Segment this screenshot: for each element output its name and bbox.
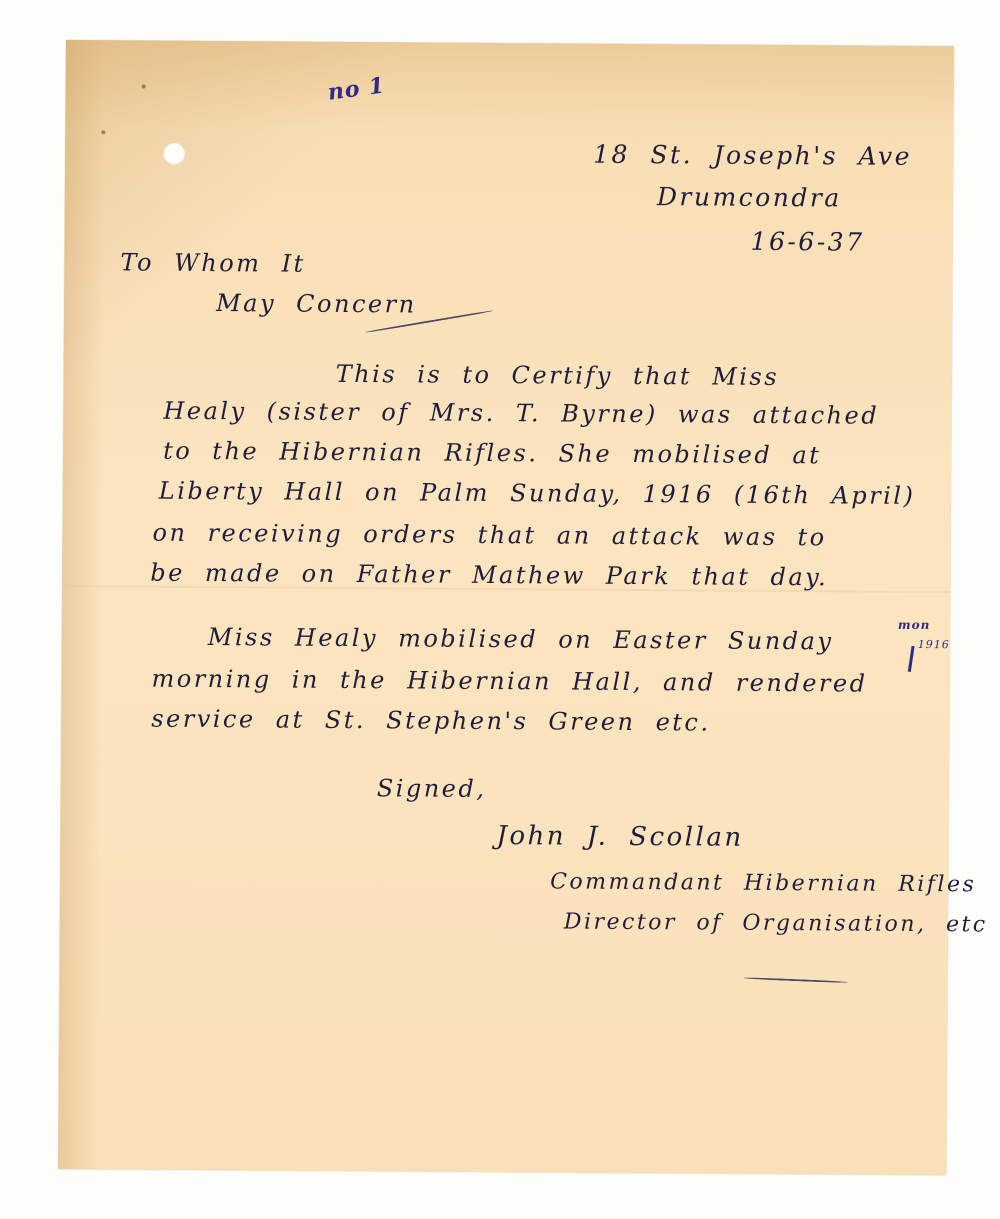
body-line: service at St. Stephen's Green etc. (151, 705, 710, 737)
signatory-title-1: Commandant Hibernian Rifles (550, 869, 976, 897)
signed-label: Signed, (377, 774, 487, 803)
letter-paper: no 1 18 St. Joseph's Ave Drumcondra 16-6… (58, 40, 954, 1175)
body-line: to the Hibernian Rifles. She mobilised a… (163, 437, 821, 470)
letter-date: 16-6-37 (751, 227, 865, 257)
punch-hole (163, 143, 185, 165)
closing-flourish (743, 977, 847, 983)
paper-stain-spot (101, 130, 105, 134)
body-line: morning in the Hibernian Hall, and rende… (151, 665, 867, 698)
body-line: on receiving orders that an attack was t… (152, 519, 826, 552)
salutation-line-2: May Concern (216, 289, 417, 318)
body-line: This is to Certify that Miss (336, 360, 780, 391)
annotation-mon: mon (898, 618, 931, 632)
paper-stain-spot (142, 85, 146, 89)
archive-mark: no 1 (326, 72, 387, 105)
body-line: Healy (sister of Mrs. T. Byrne) was atta… (163, 397, 879, 430)
address-line-2: Drumcondra (657, 182, 842, 212)
body-line: Miss Healy mobilised on Easter Sunday (208, 623, 834, 655)
signatory-name: John J. Scollan (496, 821, 743, 853)
salutation-line-1: To Whom It (120, 248, 306, 277)
annotation-caret-mark (908, 646, 915, 672)
annotation-year: 1916 (918, 638, 950, 651)
signatory-title-2: Director of Organisation, etc (564, 909, 988, 937)
body-line: Liberty Hall on Palm Sunday, 1916 (16th … (159, 477, 916, 510)
address-line-1: 18 St. Joseph's Ave (593, 140, 912, 171)
body-line: be made on Father Mathew Park that day. (150, 559, 828, 592)
